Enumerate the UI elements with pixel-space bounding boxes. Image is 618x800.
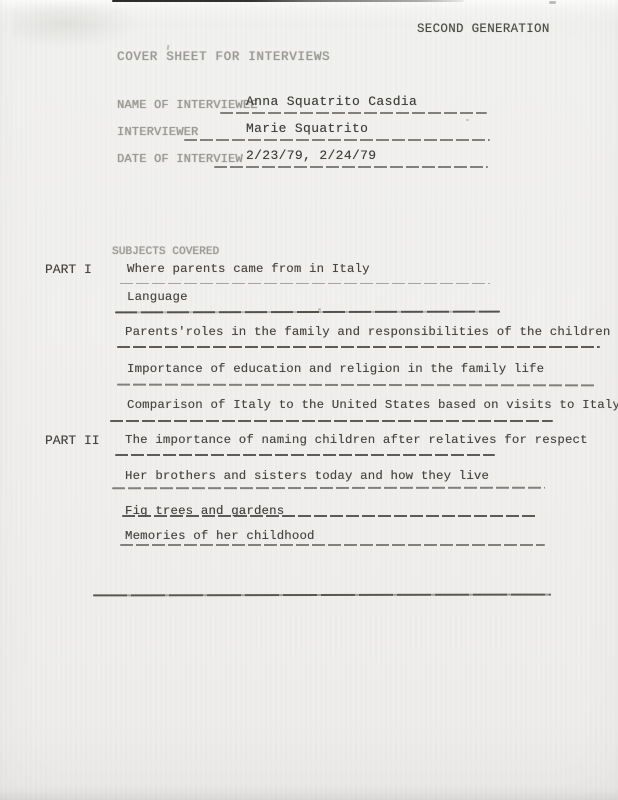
field-underline: [220, 112, 487, 114]
topic-text: The importance of naming children after …: [125, 434, 588, 447]
topic-underline-through-text: [122, 515, 537, 517]
topic-underline: [110, 420, 553, 422]
topic-text: Comparison of Italy to the United States…: [127, 399, 618, 412]
field-value-interviewer: Marie Squatrito: [246, 122, 368, 136]
field-underline: [214, 166, 488, 168]
part-label-2: PART II: [45, 434, 100, 448]
field-value-date: 2/23/79, 2/24/79: [246, 149, 376, 163]
topic-underline: [115, 454, 495, 456]
topic-underline: [120, 283, 490, 284]
part-label-1: PART I: [45, 263, 92, 277]
topic-text: Her brothers and sisters today and how t…: [125, 470, 489, 483]
field-value-interviewee: Anna Squatrito Casdia: [246, 95, 417, 109]
topic-underline: [120, 544, 545, 546]
topic-underline: [112, 487, 545, 489]
subjects-heading: SUBJECTS COVERED: [112, 247, 219, 259]
field-label-date: DATE OF INTERVIEW: [117, 153, 243, 166]
topic-underline: [115, 311, 500, 314]
field-underline: [184, 139, 490, 141]
closing-rule: [93, 594, 551, 597]
topic-underline: [117, 384, 597, 386]
scanned-cover-sheet-page: SECOND GENERATION COVER SHEET FOR INTERV…: [0, 0, 618, 800]
field-label-interviewee: NAME OF INTERVIEWEE: [117, 99, 258, 112]
topic-underline: [117, 346, 600, 348]
topic-text: Language: [127, 291, 188, 304]
topic-text: Where parents came from in Italy: [127, 263, 370, 276]
field-label-interviewer: INTERVIEWER: [117, 126, 198, 139]
scan-artifact-top-edge-line: [112, 0, 464, 2]
topic-text: Importance of education and religion in …: [127, 363, 544, 376]
cover-sheet-title: COVER SHEET FOR INTERVIEWS: [117, 51, 330, 64]
scan-artifact-speck: [466, 119, 469, 121]
scan-artifact-smudge: [12, 2, 142, 50]
topic-text: Parents'roles in the family and responsi…: [125, 326, 610, 339]
generation-label: SECOND GENERATION: [417, 23, 550, 36]
topic-text: Memories of her childhood: [125, 530, 315, 543]
scan-artifact-speck: [549, 1, 556, 4]
